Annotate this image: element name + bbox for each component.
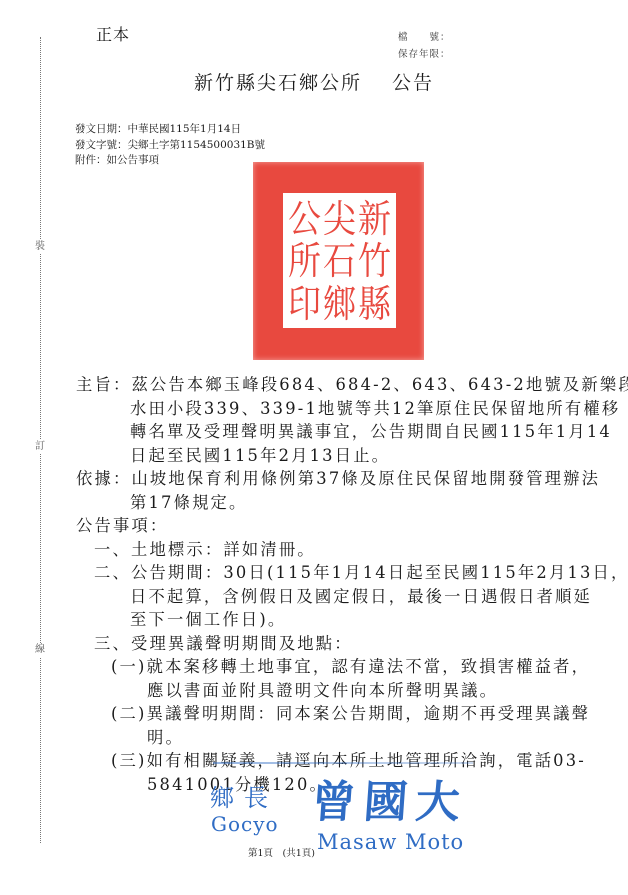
- subject-line: 日起至民國115年2月13日止。: [130, 444, 390, 468]
- sub-item-2: 明。: [147, 726, 184, 750]
- item-land-description: 一、土地標示：詳如清冊。: [94, 538, 316, 562]
- stamp-romanized-name: Masaw Moto: [317, 830, 464, 854]
- basis-line: 第17條規定。: [130, 491, 248, 515]
- page-number: 第1頁 (共1頁): [248, 845, 315, 859]
- item-announcement-period: 二、公告期間：30日(115年1月14日起至民國115年2月13日，始: [94, 561, 628, 585]
- stamp-romanized-title: Gocyo: [211, 812, 279, 836]
- seal-char: 鄉: [322, 278, 357, 327]
- binding-mark-bind: 裝: [33, 240, 47, 254]
- stamp-edge: [213, 762, 473, 764]
- seal-char: 石: [322, 236, 357, 285]
- sub-item-1: (一)就本案移轉土地事宜，認有違法不當，致損害權益者，: [111, 655, 590, 679]
- binding-mark-line: 線: [33, 643, 47, 657]
- document-title: 新竹縣尖石鄉公所公告: [0, 68, 628, 95]
- seal-char: 竹: [357, 236, 392, 285]
- basis-line: 依據：山坡地保育利用條例第37條及原住民保留地開發管理辦法: [76, 467, 600, 491]
- official-seal: 新 竹 縣 尖 石 鄉 公 所 印: [253, 162, 424, 360]
- seal-char: 縣: [357, 278, 392, 327]
- sub-item-1: 應以書面並附具證明文件向本所聲明異議。: [147, 679, 498, 703]
- retention-period-label: 保存年限：: [398, 46, 451, 60]
- item-objection-info: 三、受理異議聲明期間及地點：: [94, 632, 353, 656]
- seal-char: 所: [287, 236, 322, 285]
- seal-face: 新 竹 縣 尖 石 鄉 公 所 印: [283, 193, 396, 328]
- seal-characters: 新 竹 縣 尖 石 鄉 公 所 印: [287, 197, 392, 324]
- subject-line: 水田小段339、339-1地號等共12筆原住民保留地所有權移: [130, 397, 620, 421]
- stamp-title: 鄉長: [210, 778, 278, 813]
- subject-line: 主旨：茲公告本鄉玉峰段684、684-2、643、643-2地號及新樂段: [76, 373, 628, 397]
- signature-stamp: 鄉長 曾國大 Gocyo Masaw Moto: [205, 760, 480, 855]
- document-number: 發文字號：尖鄉土字第1154500031B號: [75, 138, 265, 154]
- items-heading: 公告事項：: [76, 514, 168, 538]
- seal-char: 印: [287, 278, 322, 327]
- stamp-name: 曾國大: [310, 766, 470, 830]
- file-number-label: 檔 號：: [398, 29, 451, 43]
- subject-line: 轉名單及受理聲明異議事宜，公告期間自民國115年1月14: [130, 420, 612, 444]
- document-type: 公告: [392, 72, 434, 94]
- issue-date: 發文日期：中華民國115年1月14日: [75, 122, 241, 138]
- item-announcement-period: 日不起算，含例假日及國定假日，最後一日遇假日者順延: [130, 585, 592, 609]
- binding-mark-staple: 訂: [33, 440, 47, 454]
- copy-mark: 正本: [96, 22, 130, 45]
- sub-item-2: (二)異議聲明期間：同本案公告期間，逾期不再受理異議聲: [111, 702, 590, 726]
- item-announcement-period: 至下一個工作日)。: [130, 608, 286, 632]
- attachment-note: 附件：如公告事項: [75, 153, 159, 169]
- issuing-organization: 新竹縣尖石鄉公所: [194, 72, 362, 94]
